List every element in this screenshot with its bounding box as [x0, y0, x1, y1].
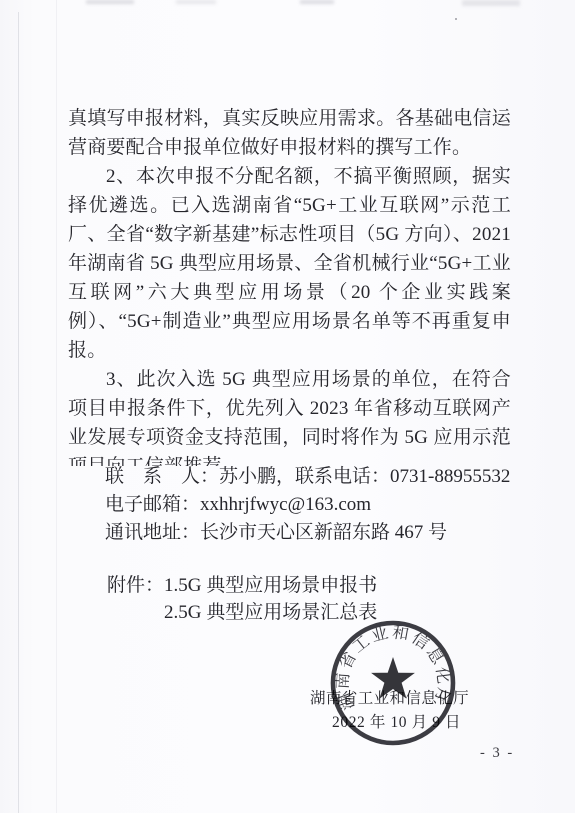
scan-artifact	[86, 0, 134, 4]
scan-crease-line	[18, 12, 19, 813]
scan-speck	[455, 18, 457, 20]
contact-block: 联 系 人：苏小鹏，联系电话：0731-88955532 电子邮箱：xxhhrj…	[105, 463, 510, 547]
scan-artifact	[300, 0, 334, 4]
official-seal-stamp: 湖南省工业和信息化厅	[327, 617, 461, 751]
document-page: 真填写申报材料，真实反映应用需求。各基础电信运营商要配合申报单位做好申报材料的撰…	[0, 0, 575, 813]
scan-artifact	[176, 0, 216, 4]
seal-star-icon	[371, 657, 415, 699]
attachment-item-1: 1.5G 典型应用场景申报书	[164, 572, 377, 599]
paragraph-item-3: 3、此次入选 5G 典型应用场景的单位，在符合项目申报条件下，优先列入 2023…	[68, 365, 511, 466]
page-number: - 3 -	[480, 745, 514, 762]
body-text: 真填写申报材料，真实反映应用需求。各基础电信运营商要配合申报单位做好申报材料的撰…	[68, 104, 511, 466]
contact-person: 联 系 人：苏小鹏，联系电话：0731-88955532	[105, 463, 510, 491]
attachments-label: 附件：	[107, 572, 164, 599]
paragraph-continuation: 真填写申报材料，真实反映应用需求。各基础电信运营商要配合申报单位做好申报材料的撰…	[68, 104, 511, 162]
contact-email: 电子邮箱：xxhhrjfwyc@163.com	[105, 491, 510, 519]
paragraph-item-2: 2、本次申报不分配名额，不搞平衡照顾，据实择优遴选。已入选湖南省“5G+工业互联…	[68, 162, 511, 365]
contact-address: 通讯地址：长沙市天心区新韶东路 467 号	[105, 519, 510, 547]
scan-artifact	[462, 0, 520, 6]
scan-edge-line	[56, 0, 57, 813]
